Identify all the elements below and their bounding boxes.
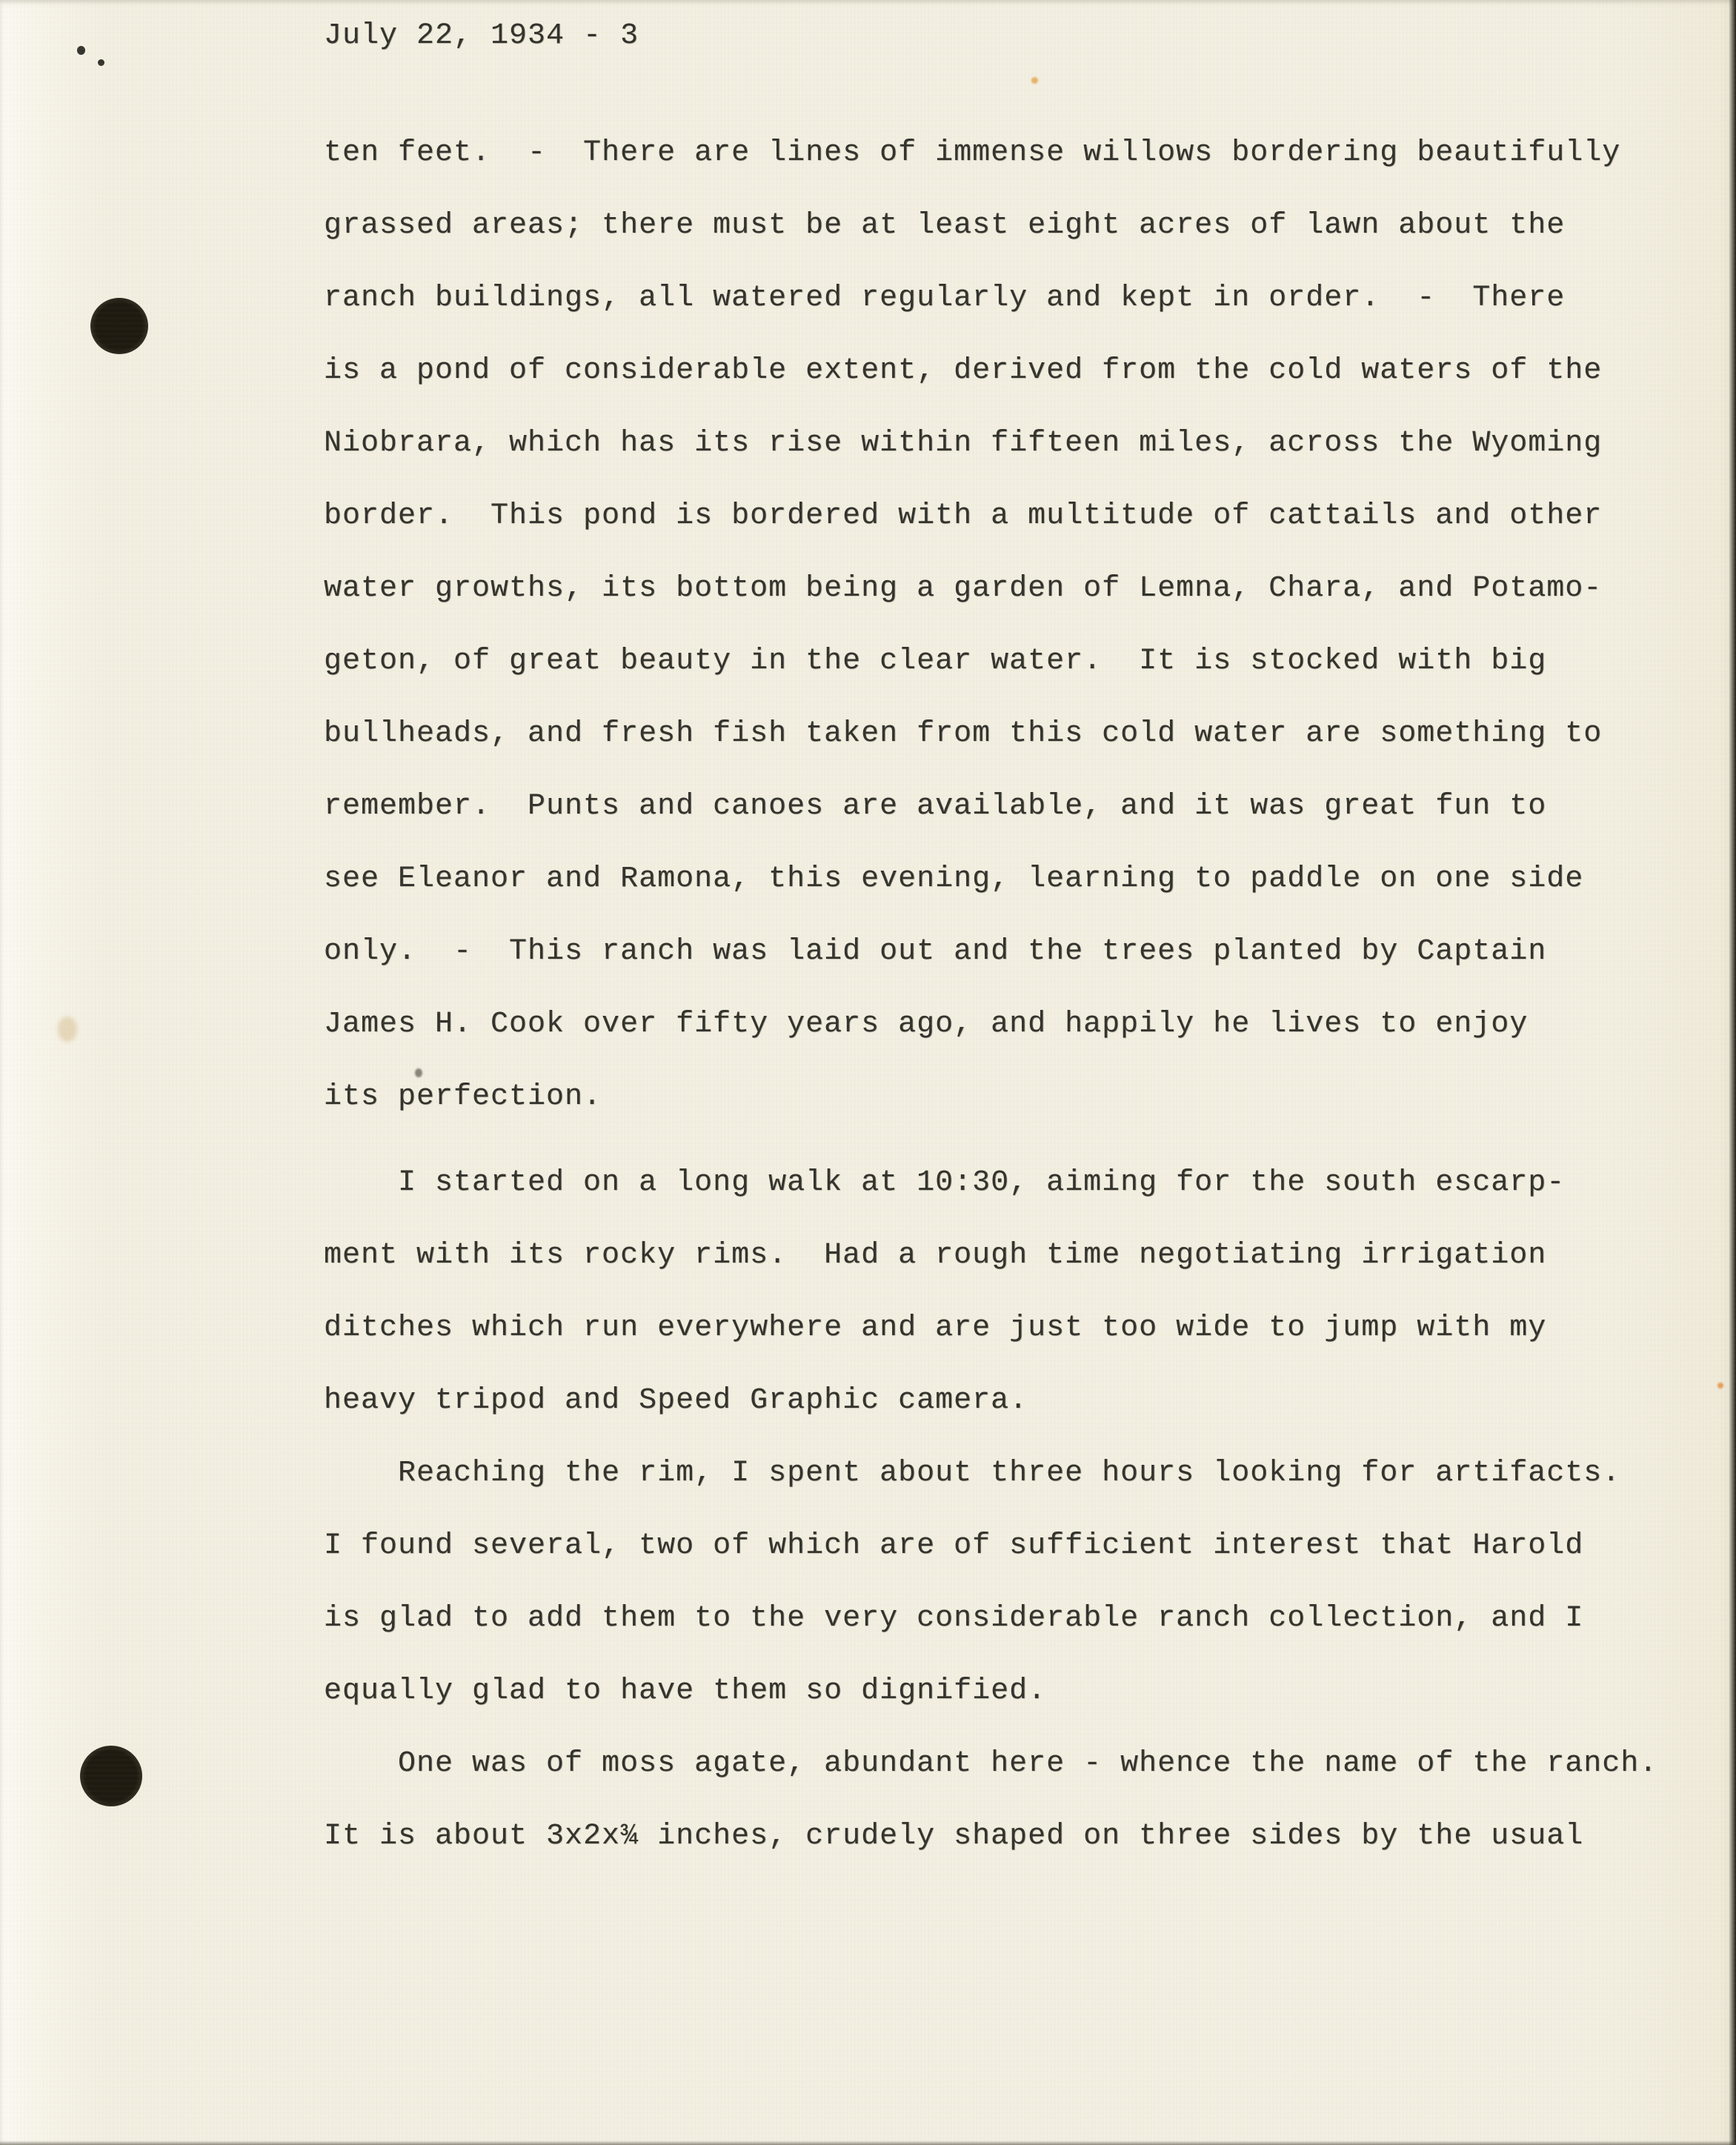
hole-punch-top xyxy=(90,298,148,354)
text-body: ten feet. - There are lines of immense w… xyxy=(324,117,1657,1873)
page-header: July 22, 1934 - 3 xyxy=(324,19,639,53)
paper-speck xyxy=(1717,1383,1723,1389)
text-line: I found several, two of which are of suf… xyxy=(324,1510,1657,1583)
text-line: heavy tripod and Speed Graphic camera. xyxy=(324,1365,1657,1437)
scan-edge-bottom xyxy=(0,2141,1736,2145)
text-line: equally glad to have them so dignified. xyxy=(324,1655,1657,1728)
text-line: only. - This ranch was laid out and the … xyxy=(324,916,1657,988)
text-line: It is about 3x2x¾ inches, crudely shaped… xyxy=(324,1800,1657,1873)
text-line: ment with its rocky rims. Had a rough ti… xyxy=(324,1220,1657,1292)
document-page: July 22, 1934 - 3 ten feet. - There are … xyxy=(0,0,1736,2145)
text-line: its perfection. xyxy=(324,1061,1657,1134)
text-line: ranch buildings, all watered regularly a… xyxy=(324,262,1657,335)
paper-speck xyxy=(1031,77,1038,84)
text-line: I started on a long walk at 10:30, aimin… xyxy=(324,1147,1657,1220)
text-line: water growths, its bottom being a garden… xyxy=(324,553,1657,625)
text-line: ten feet. - There are lines of immense w… xyxy=(324,117,1657,190)
text-line: border. This pond is bordered with a mul… xyxy=(324,480,1657,553)
ink-dot xyxy=(98,59,104,66)
text-line: Niobrara, which has its rise within fift… xyxy=(324,408,1657,480)
paper-stain xyxy=(58,1017,77,1042)
text-line: bullheads, and fresh fish taken from thi… xyxy=(324,698,1657,771)
text-line: remember. Punts and canoes are available… xyxy=(324,771,1657,843)
text-line: One was of moss agate, abundant here - w… xyxy=(324,1728,1657,1800)
text-line: geton, of great beauty in the clear wate… xyxy=(324,625,1657,698)
text-line: grassed areas; there must be at least ei… xyxy=(324,190,1657,262)
text-line: see Eleanor and Ramona, this evening, le… xyxy=(324,843,1657,916)
text-line: ditches which run everywhere and are jus… xyxy=(324,1292,1657,1365)
scan-edge-right xyxy=(1729,0,1736,2145)
text-line: Reaching the rim, I spent about three ho… xyxy=(324,1437,1657,1510)
text-line: James H. Cook over fifty years ago, and … xyxy=(324,988,1657,1061)
ink-dot xyxy=(77,46,85,55)
text-line: is a pond of considerable extent, derive… xyxy=(324,335,1657,408)
text-line: is glad to add them to the very consider… xyxy=(324,1583,1657,1655)
hole-punch-bottom xyxy=(80,1746,142,1806)
